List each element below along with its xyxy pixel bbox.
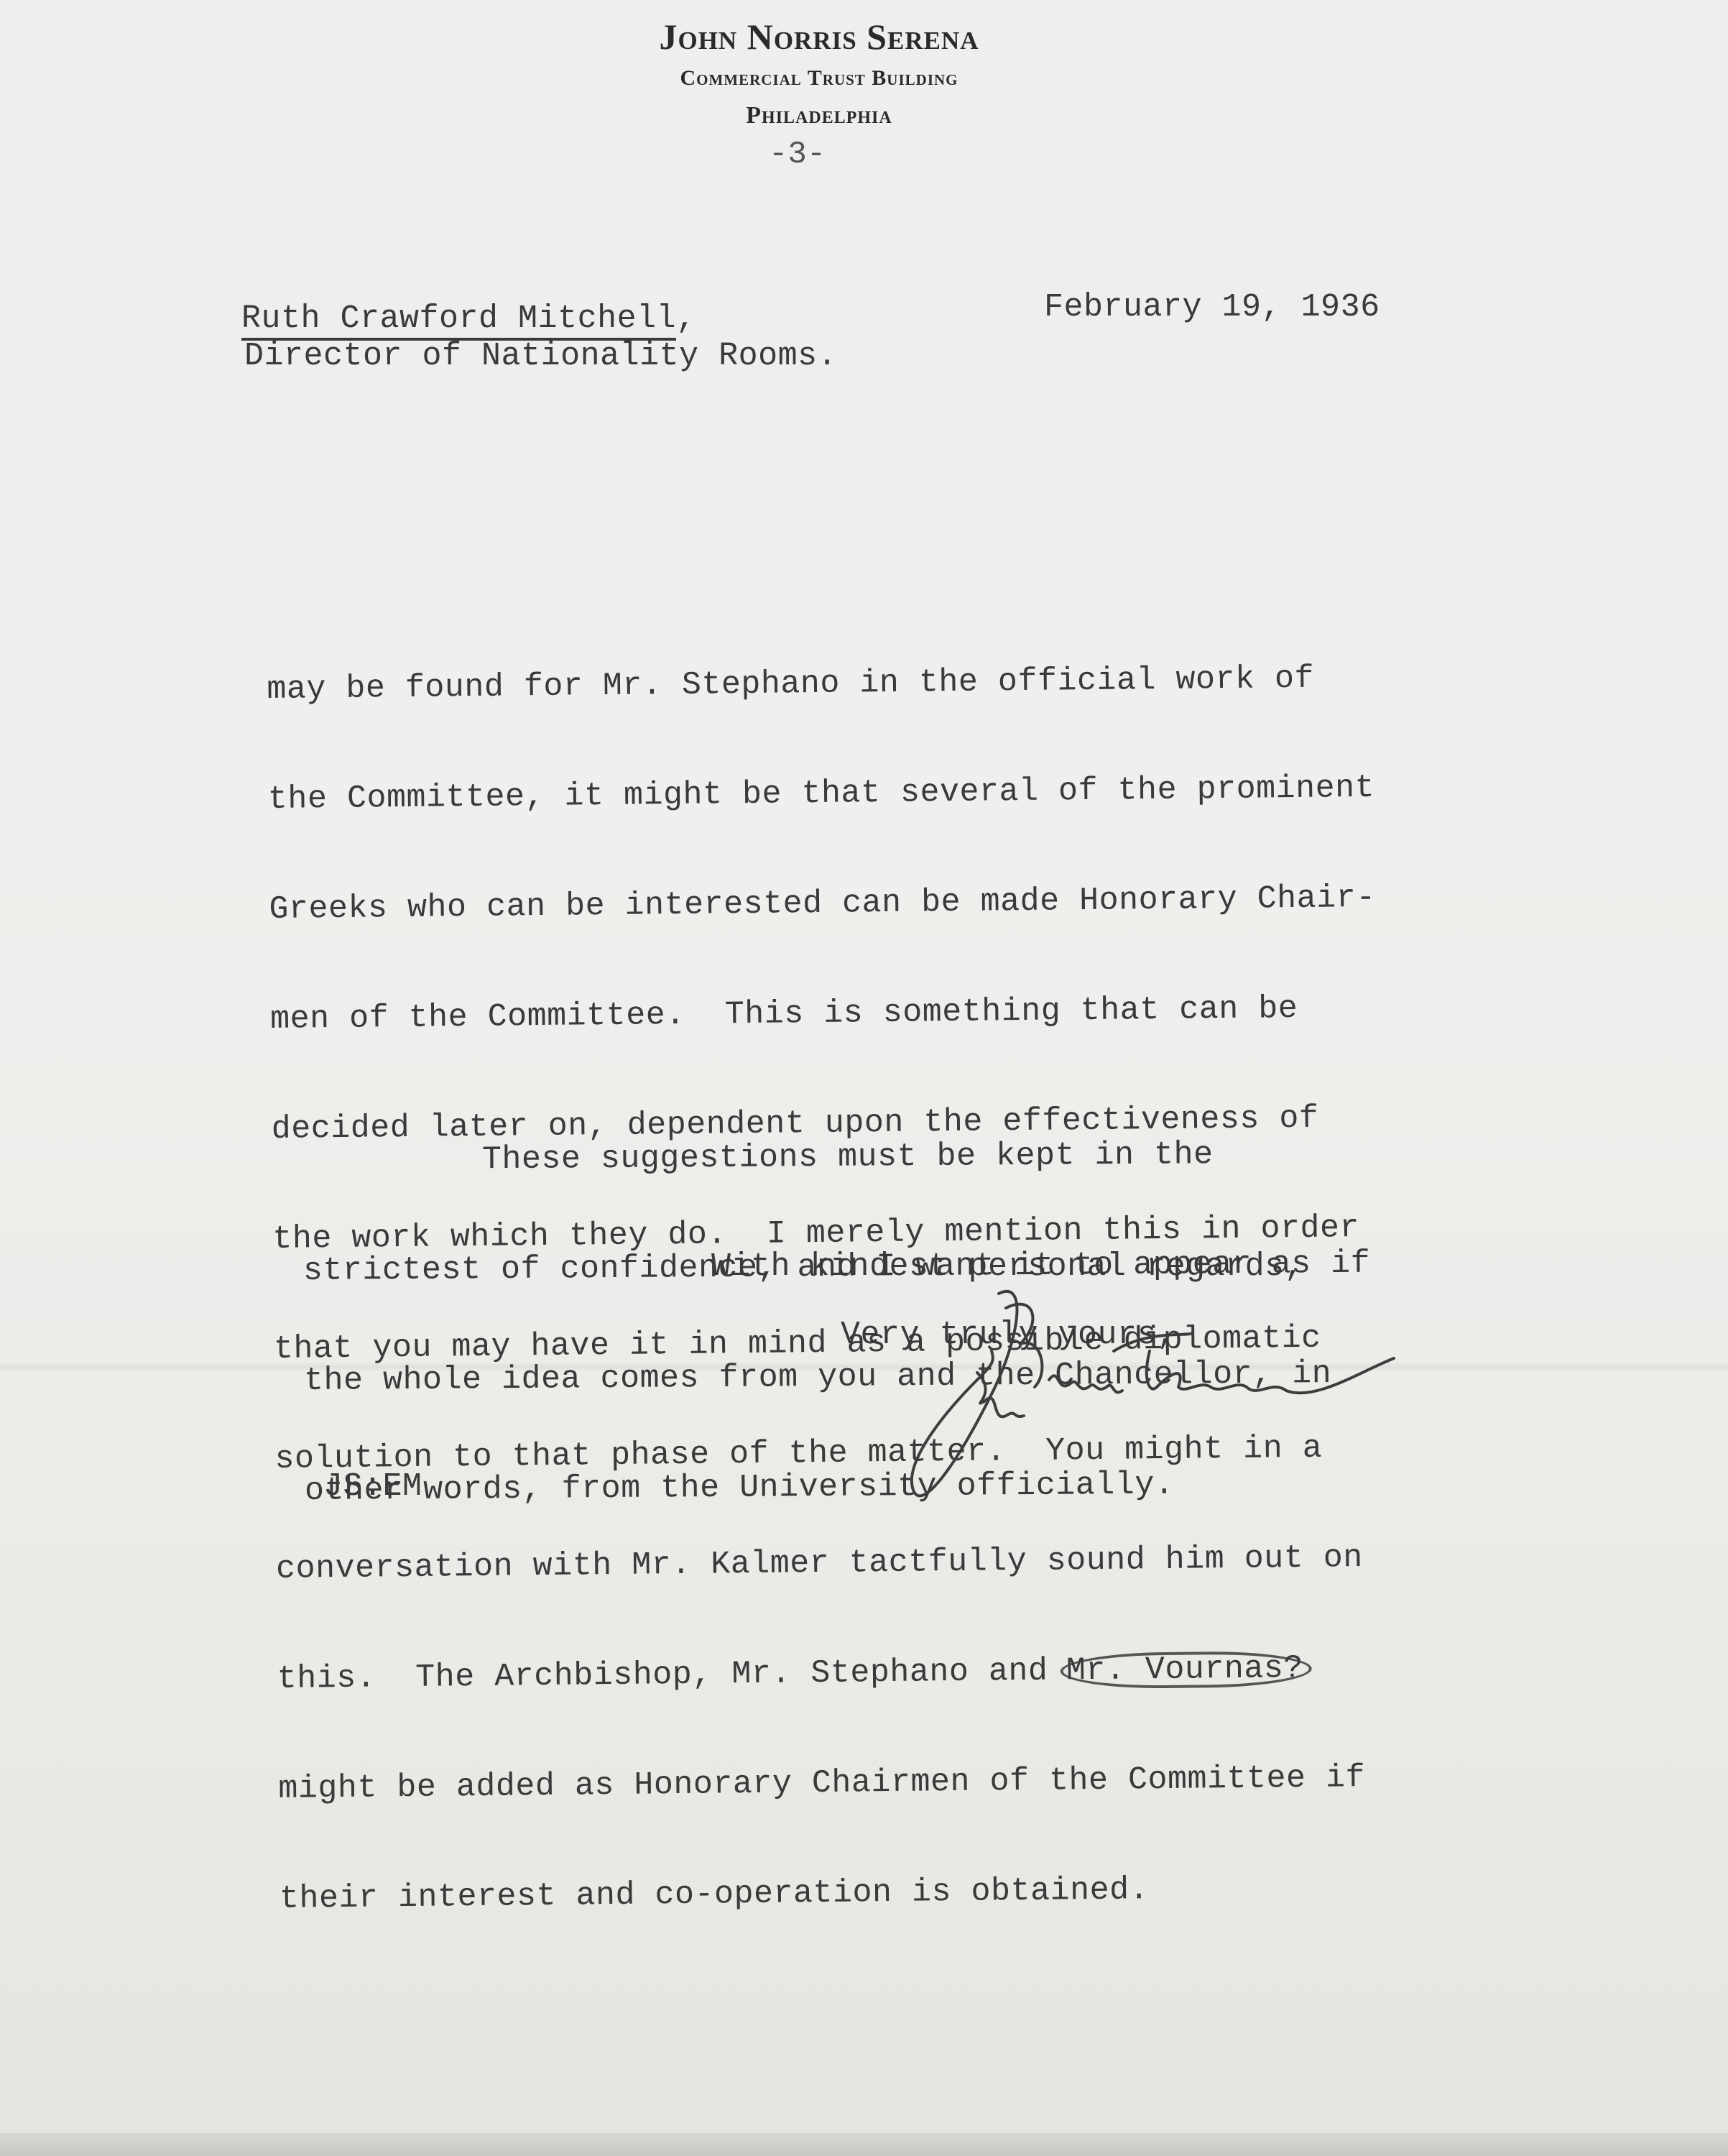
body-line-text: this. The Archbishop, Mr. Stephano and xyxy=(277,1652,1068,1697)
body-line: might be added as Honorary Chairmen of t… xyxy=(278,1759,1385,1807)
bleed-through-text xyxy=(402,503,1326,540)
reference-initials: JS:EM xyxy=(323,1468,422,1505)
handwritten-circle-annotation: Mr. Vournas? xyxy=(1061,1651,1313,1690)
recipient-name: Ruth Crawford Mitchell, xyxy=(241,300,696,337)
letterhead-city: Philadelphia xyxy=(14,102,1624,129)
body-line: the Committee, it might be that several … xyxy=(268,770,1375,818)
letter-date: February 19, 1936 xyxy=(1044,289,1380,326)
body-line: may be found for Mr. Stephano in the off… xyxy=(267,660,1374,708)
recipient-name-comma: , xyxy=(676,300,696,337)
body-line: Greeks who can be interested can be made… xyxy=(269,880,1376,928)
page-number: -3- xyxy=(769,137,826,172)
handwritten-signature xyxy=(812,1279,1437,1509)
body-line: men of the Committee. This is something … xyxy=(270,990,1377,1038)
letterhead-name: John Norris Serena xyxy=(14,16,1624,57)
letterhead-building: Commercial Trust Building xyxy=(14,66,1624,91)
page-bottom-edge xyxy=(0,2133,1728,2156)
body-line: this. The Archbishop, Mr. Stephano and M… xyxy=(277,1649,1384,1697)
recipient-title: Director of Nationality Rooms. xyxy=(244,338,837,374)
body-line: These suggestions must be kept in the xyxy=(245,1135,1370,1180)
body-line: their interest and co-operation is obtai… xyxy=(279,1869,1387,1917)
letter-page: John Norris Serena Commercial Trust Buil… xyxy=(0,0,1728,2156)
recipient-name-text: Ruth Crawford Mitchell xyxy=(241,300,676,341)
